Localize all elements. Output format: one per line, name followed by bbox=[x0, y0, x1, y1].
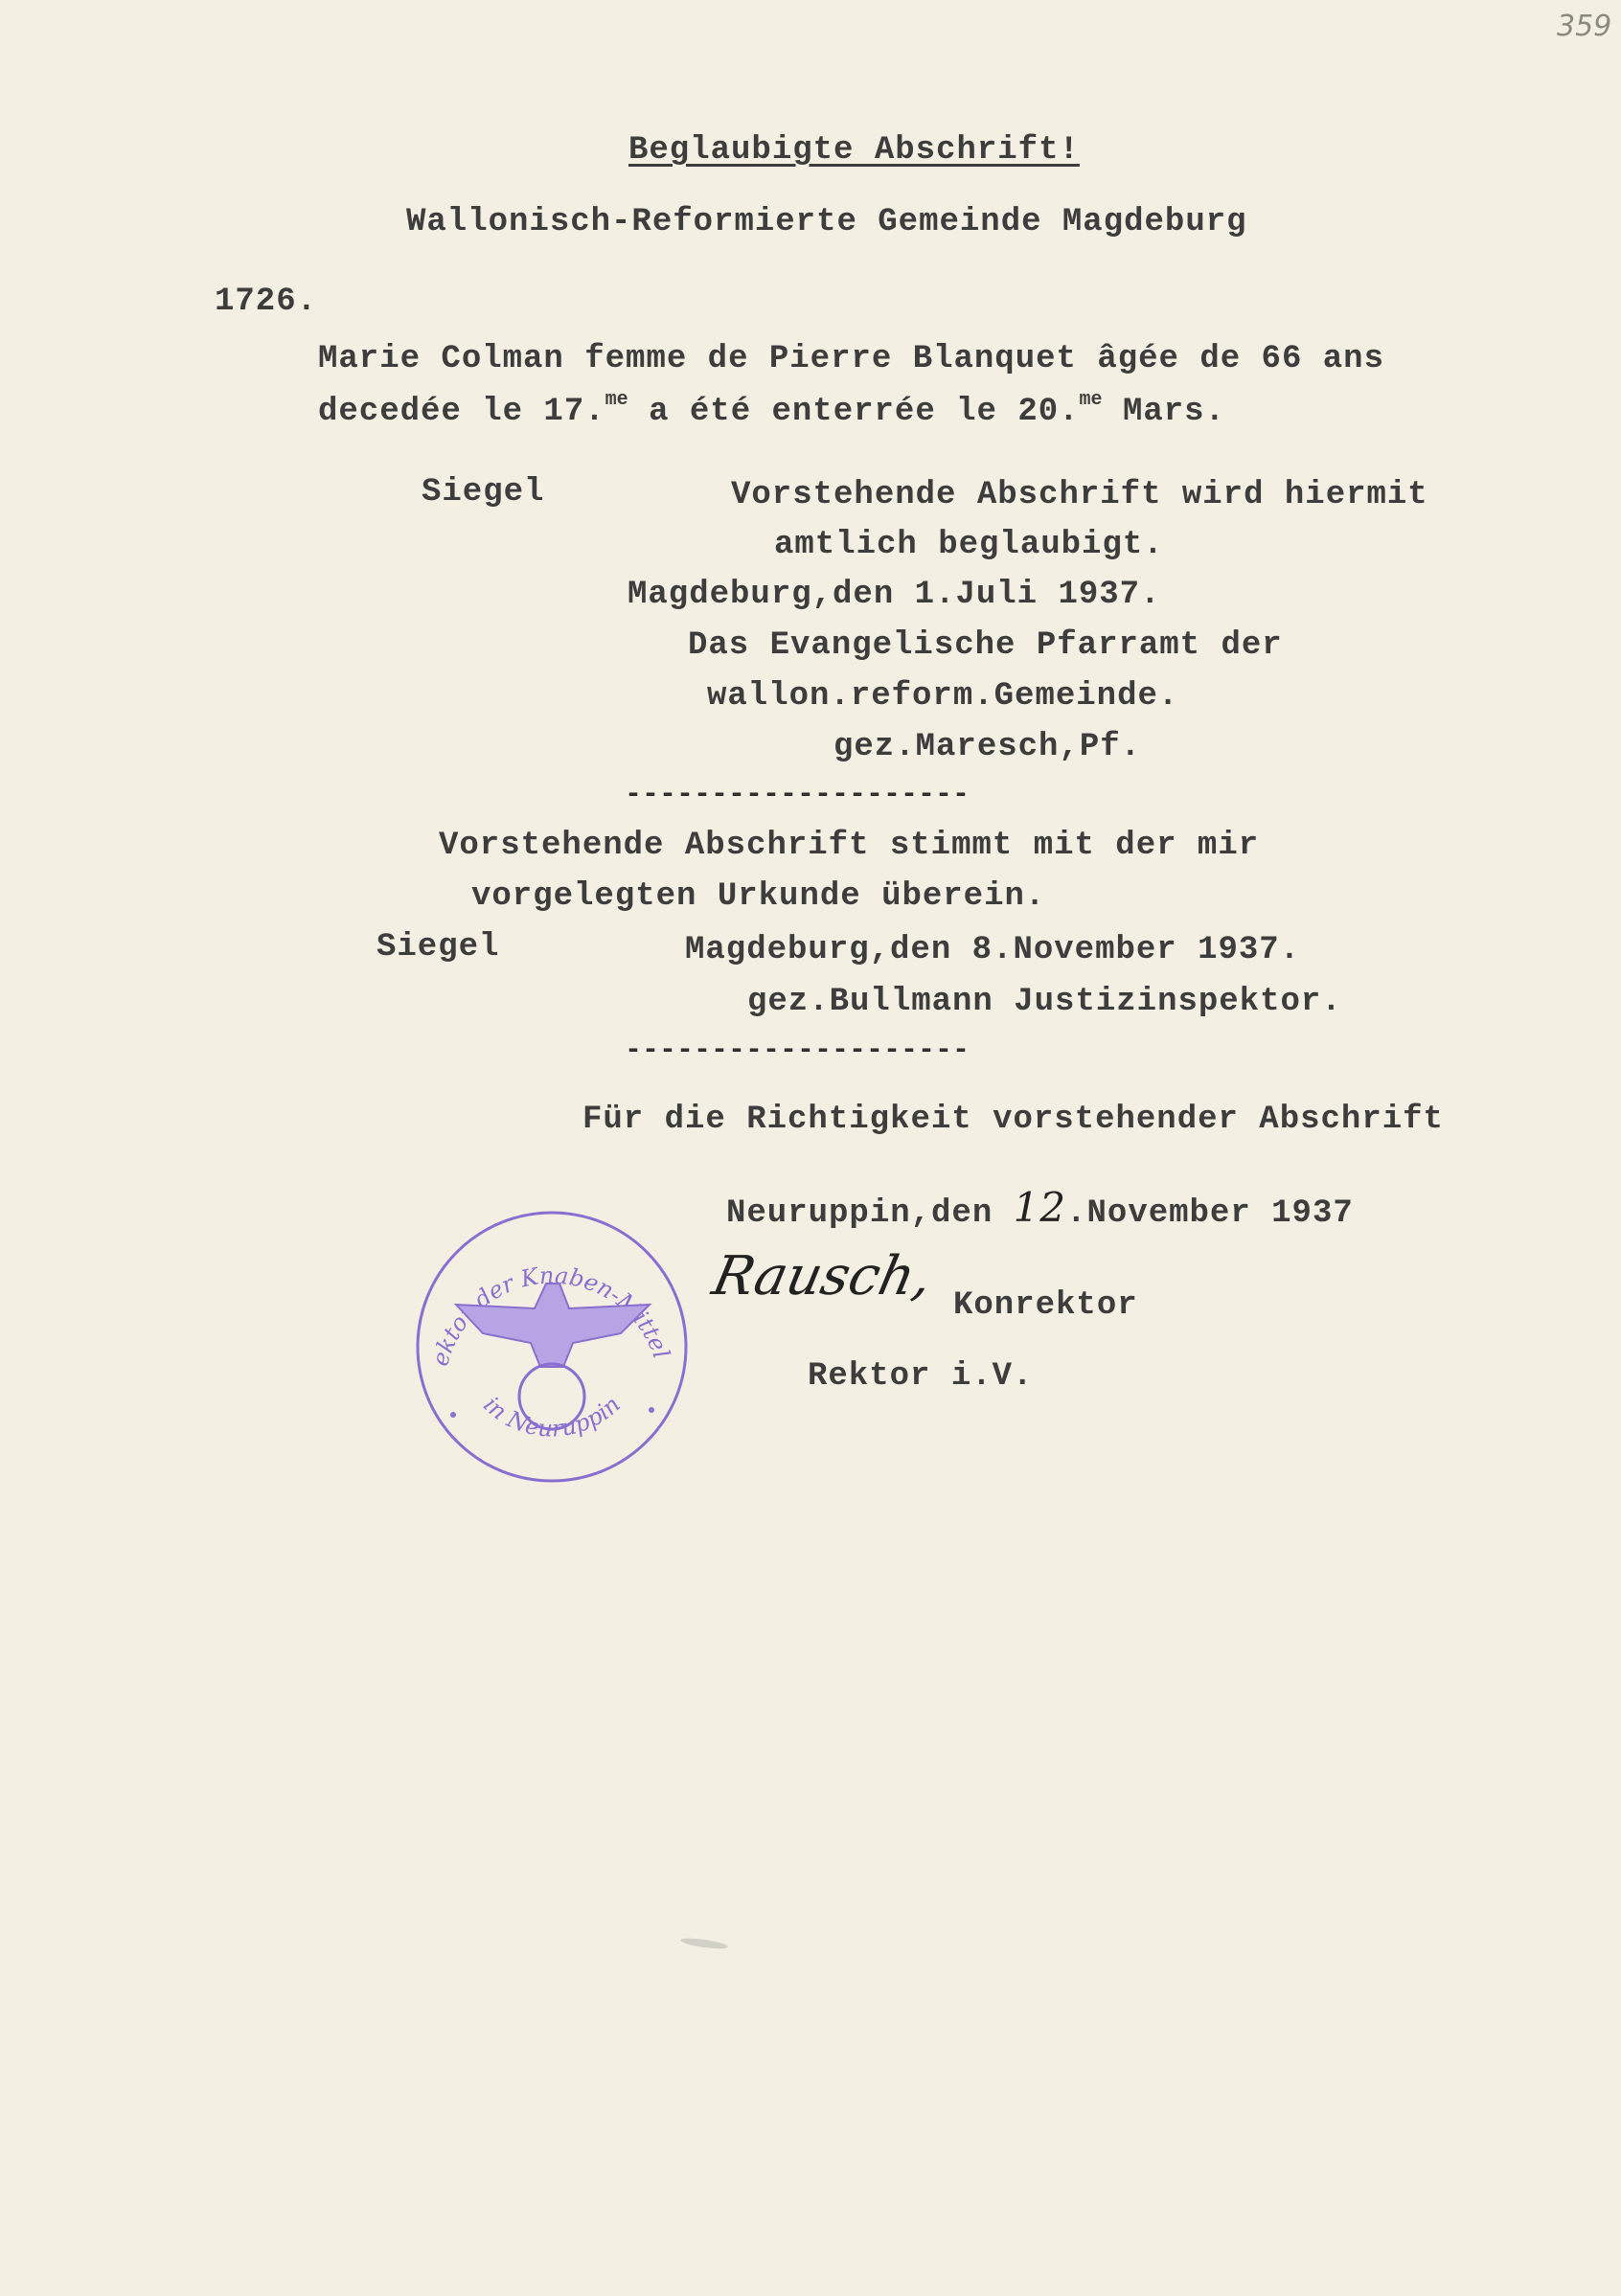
superscript-me: me bbox=[605, 389, 628, 411]
cert2-line-1: Vorstehende Abschrift stimmt mit der mir bbox=[439, 830, 1259, 862]
cert3-role-2: Rektor i.V. bbox=[808, 1360, 1033, 1393]
cert3-place-date: Neuruppin,den 12.November 1937 bbox=[726, 1188, 1354, 1230]
entry-line-1: Marie Colman femme de Pierre Blanquet âg… bbox=[318, 343, 1384, 375]
superscript-me: me bbox=[1080, 389, 1103, 411]
page-number: 359 bbox=[1557, 10, 1611, 43]
document-subtitle: Wallonisch-Reformierte Gemeinde Magdebur… bbox=[406, 206, 1247, 239]
cert3-role: Konrektor bbox=[953, 1289, 1138, 1322]
cert2-place-date: Magdeburg,den 8.November 1937. bbox=[685, 934, 1300, 966]
cert1-place-date: Magdeburg,den 1.Juli 1937. bbox=[628, 579, 1161, 611]
seal-label-2: Siegel bbox=[377, 931, 499, 964]
document-title: Beglaubigte Abschrift! bbox=[628, 134, 1080, 167]
svg-text:in Neuruppin: in Neuruppin bbox=[478, 1391, 626, 1443]
entry-line-2: decedée le 17.me a été enterrée le 20.me… bbox=[318, 391, 1225, 428]
entry-year: 1726. bbox=[215, 285, 317, 318]
entry-line-2-b: a été enterrée le 20. bbox=[628, 394, 1080, 430]
cert2-line-2: vorgelegten Urkunde überein. bbox=[471, 880, 1045, 913]
handwritten-signature: Rausch, bbox=[707, 1245, 938, 1307]
official-stamp: Der Rektor der Knaben-Mittelschule in Ne… bbox=[410, 1209, 694, 1485]
cert3-place-suffix: .November 1937 bbox=[1066, 1195, 1354, 1232]
cert2-signed: gez.Bullmann Justizinspektor. bbox=[747, 986, 1342, 1018]
cert1-office-line-2: wallon.reform.Gemeinde. bbox=[707, 680, 1178, 713]
handwritten-day: 12 bbox=[1014, 1184, 1066, 1231]
cert1-signed: gez.Maresch,Pf. bbox=[833, 731, 1141, 763]
entry-line-2-a: decedée le 17. bbox=[318, 394, 605, 430]
separator-2: -------------------- bbox=[625, 1036, 970, 1065]
cert1-office-line-1: Das Evangelische Pfarramt der bbox=[688, 629, 1283, 662]
cert1-line-2: amtlich beglaubigt. bbox=[774, 529, 1164, 561]
cert3-line-1: Für die Richtigkeit vorstehender Abschri… bbox=[582, 1103, 1444, 1136]
cert1-line-1: Vorstehende Abschrift wird hiermit bbox=[731, 479, 1428, 511]
separator-1: -------------------- bbox=[625, 781, 970, 809]
entry-line-2-c: Mars. bbox=[1103, 394, 1225, 430]
seal-label-1: Siegel bbox=[422, 476, 544, 509]
stamp-text-bottom: in Neuruppin bbox=[478, 1391, 626, 1443]
cert3-place-prefix: Neuruppin,den bbox=[726, 1195, 1014, 1232]
stamp-icon: Der Rektor der Knaben-Mittelschule in Ne… bbox=[410, 1209, 694, 1485]
paper-smudge bbox=[680, 1937, 729, 1951]
